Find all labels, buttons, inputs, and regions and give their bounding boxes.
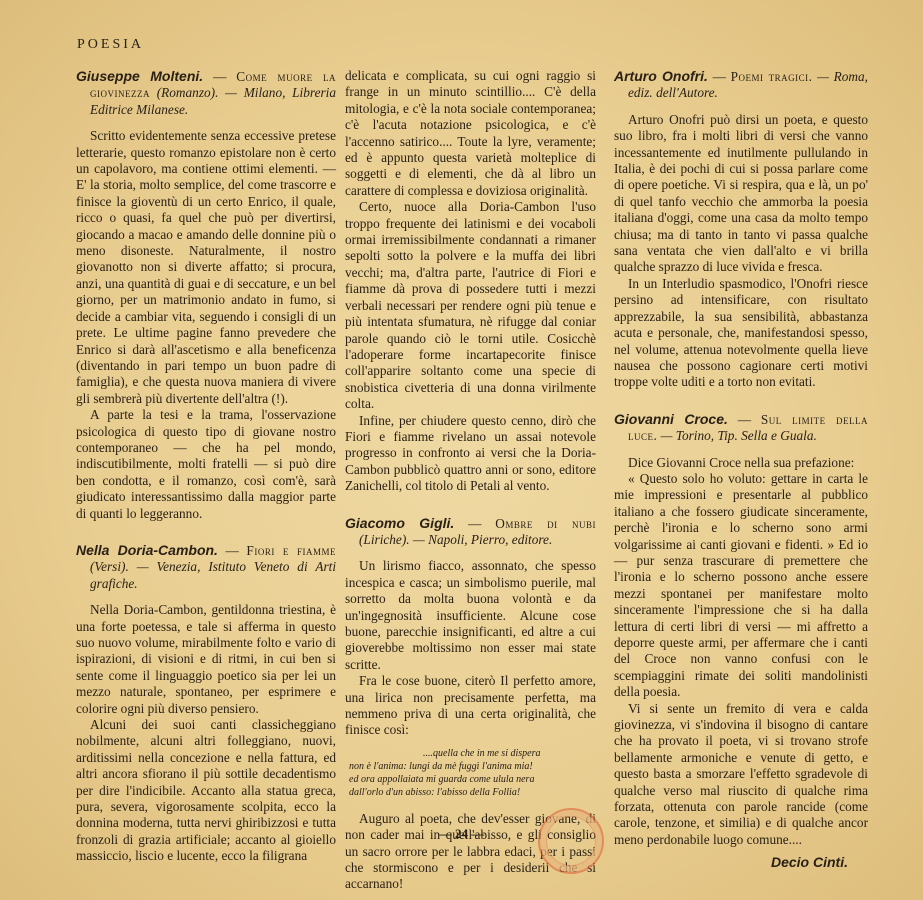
review-paragraph-part2: delicata e complicata, su cui ogni raggi… [345,68,596,199]
running-head: POESIA [77,37,144,53]
page-number: — 24 — [0,826,923,842]
review-header-molteni: Giuseppe Molteni. — Come muore la giovin… [76,68,336,118]
review-publisher: — Napoli, Pierro, editore. [413,532,552,547]
quote-line: dall'orlo d'un abisso: l'abisso della Fo… [349,786,596,799]
review-genre: (Versi). [90,559,129,574]
column-1: Giuseppe Molteni. — Come muore la giovin… [76,68,336,865]
review-genre: (Liriche). [359,532,410,547]
review-paragraph: Certo, nuoce alla Doria-Cambon l'uso tro… [345,199,596,412]
review-title: Ombre di nubi [495,516,596,531]
review-header-doria-cambon: Nella Doria-Cambon. — Fiori e fiamme (Ve… [76,542,336,592]
review-paragraph-part1: Alcuni dei suoi canti classicheggiano no… [76,717,336,865]
review-header-onofri: Arturo Onofri. — Poemi tragici. — Roma, … [614,68,868,102]
review-paragraph: Scritto evidentemente senza eccessive pr… [76,128,336,407]
review-paragraph: Dice Giovanni Croce nella sua prefazione… [614,455,868,471]
column-3: Arturo Onofri. — Poemi tragici. — Roma, … [614,68,868,871]
quote-line: ed ora appollaiata mi guarda come ulula … [349,773,596,786]
review-title: Fiori e fiamme [246,543,336,558]
signature: Decio Cinti. [614,854,868,870]
review-publisher: — Torino, Tip. Sella e Guala. [661,428,817,443]
review-author: Arturo Onofri. [614,68,708,84]
review-paragraph: Un lirismo fiacco, assonnato, che spesso… [345,558,596,673]
review-author: Nella Doria-Cambon. [76,542,218,558]
review-author: Giuseppe Molteni. [76,68,203,84]
quote-line: ....quella che in me si dispera [349,747,596,760]
column-2: delicata e complicata, su cui ogni raggi… [345,68,596,893]
poem-quote: ....quella che in me si dispera non è l'… [349,747,596,799]
review-paragraph: « Questo solo ho voluto: gettare in cart… [614,471,868,701]
review-paragraph: In un Interludio spasmodico, l'Onofri ri… [614,276,868,391]
review-paragraph: Nella Doria-Cambon, gentildonna triestin… [76,602,336,717]
library-stamp [538,808,604,874]
review-title: Poemi tragici. [731,69,813,84]
review-paragraph: A parte la tesi e la trama, l'osservazio… [76,407,336,522]
review-paragraph: Arturo Onofri può dirsi un poeta, e ques… [614,112,868,276]
review-paragraph: Fra le cose buone, citerò Il perfetto am… [345,673,596,739]
review-header-gigli: Giacomo Gigli. — Ombre di nubi (Liriche)… [345,515,596,549]
quote-line: non è l'anima: lungi da mè fuggì l'anima… [349,760,596,773]
review-author: Giacomo Gigli. [345,515,454,531]
review-header-croce: Giovanni Croce. — Sul limite della luce.… [614,411,868,445]
review-genre: (Romanzo). [157,85,219,100]
review-author: Giovanni Croce. [614,411,728,427]
magazine-page: POESIA Giuseppe Molteni. — Come muore la… [0,0,923,900]
review-paragraph: Infine, per chiudere questo cenno, dirò … [345,413,596,495]
